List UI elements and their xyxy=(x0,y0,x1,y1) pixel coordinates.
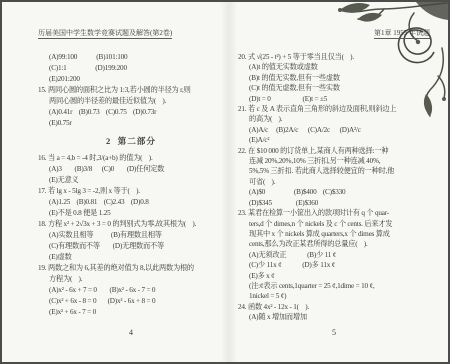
text-line: (A)t 的值无实数或虚数 xyxy=(238,62,430,72)
text-line: 的高为( ). xyxy=(238,114,430,124)
text-line: 16. 当 a = 4,b = -4 时,3/(a+b) 的值为( ). xyxy=(38,153,224,164)
text-line: (A)99:100 (B)101:100 xyxy=(38,52,224,63)
left-page-body: (A)99:100 (B)101:100(C)1:1 (D)199:200(E)… xyxy=(38,52,224,318)
text-line: (C)t 的值无虚数,但有一些实数 xyxy=(238,83,430,93)
left-page: 历届美国中学生数学竞赛试题及解答(第2卷) (A)99:100 (B)101:1… xyxy=(38,28,224,318)
left-page-header: 历届美国中学生数学竞赛试题及解答(第2卷) xyxy=(38,28,224,38)
text-line: ters,d 个 dimes,n 个 nickels 及 c 个 cents. … xyxy=(238,219,430,229)
text-line: (A)无须改正 (B)少 11 ¢ xyxy=(238,250,430,260)
left-page-number: 4 xyxy=(38,328,224,337)
text-line: (A)实数且相等 (B)有理数且相等 xyxy=(38,230,224,241)
right-page-header: 第1章 1955 年试题 xyxy=(238,28,430,38)
text-line: (A)1.25 (B)0.81 (C)2.43 (D)0.8 xyxy=(38,197,224,208)
section-heading: 2 第二部分 xyxy=(38,136,224,147)
text-line: (A)0.41r (B)0.73 (C)0.75 (D)0.73r xyxy=(38,107,224,118)
text-line: 20. 式 √(25 - t²) + 5 等于零当且仅当( ). xyxy=(238,52,430,62)
text-line: 可省( ). xyxy=(238,177,430,187)
text-line: (E)无意义 xyxy=(38,175,224,186)
text-line: (E)虚数 xyxy=(38,252,224,263)
text-line: (C)x² + 6x - 8 = 0 (D)x² - 6x + 8 = 0 xyxy=(38,296,224,307)
text-line: (C)少 11x ¢ (D)多 11x ¢ xyxy=(238,260,430,270)
text-line: 1nickel = 5 ¢) xyxy=(238,291,430,301)
text-line: (D)$345 (E)$360 xyxy=(238,198,430,208)
text-line: 21. 若 c 及 A 表示直角三角形的斜边及面积,则斜边上 xyxy=(238,104,430,114)
text-line: 两同心圆的半径差的最佳近似值为( ). xyxy=(38,96,224,107)
text-line: 24. 函数 4x² - 12x - 1( ). xyxy=(238,302,430,312)
text-line: (D)t = 0 (E)t = ±5 xyxy=(238,94,430,104)
text-line: (A)随 x 增加而增加 xyxy=(238,312,430,322)
text-line: (B)t 的值无实数,但有一些虚数 xyxy=(238,73,430,83)
text-line: 22. 在 $10 000 的订货单上,某商人有两种选择:一种 xyxy=(238,146,430,156)
text-line: (A)3 (B)3/8 (C)0 (D)任何定数 xyxy=(38,164,224,175)
right-page: 第1章 1955 年试题 20. 式 √(25 - t²) + 5 等于零当且仅… xyxy=(238,28,430,323)
text-line: (E)x² + 6x - 7 = 0 xyxy=(38,307,224,318)
text-line: (C)1:1 (D)199:200 xyxy=(38,63,224,74)
text-line: (C)有理数而不等 (D)无理数而不等 xyxy=(38,241,224,252)
right-page-body: 20. 式 √(25 - t²) + 5 等于零当且仅当( ).(A)t 的值无… xyxy=(238,52,430,323)
text-line: (A)$0 (B)$400 (C)$330 xyxy=(238,187,430,197)
text-line: (A)A/c (B)2A/c (C)A/2c (D)A²/c xyxy=(238,125,430,135)
text-line: (E)多 x ¢ xyxy=(238,271,430,281)
right-page-number: 5 xyxy=(238,328,430,337)
text-line: 18. 方程 x² + 2√3x + 3 = 0 的判别式为零,故其根为( ). xyxy=(38,219,224,230)
text-line: (E)201:200 xyxy=(38,74,224,85)
text-line: 5%,5% 三折扣. 若此商人选择较便宜的一种时,他 xyxy=(238,166,430,176)
right-page-header-text: 第1章 1955 年试题 xyxy=(374,29,430,39)
text-line: (E)0.75r xyxy=(38,118,224,129)
text-line: 连减 20%,20%,10% 三折扣,另一种连减 40%, xyxy=(238,156,430,166)
text-line: (E)不是 0.8 便是 1.25 xyxy=(38,208,224,219)
book-scan: 历届美国中学生数学竞赛试题及解答(第2卷) (A)99:100 (B)101:1… xyxy=(0,0,450,364)
left-page-header-text: 历届美国中学生数学竞赛试题及解答(第2卷) xyxy=(38,29,172,39)
text-line: (注:¢表示 cents,1quarter = 25 ¢,1dime = 10 … xyxy=(238,281,430,291)
text-line: 19. 两数之和为 6,其差的绝对值为 8,以此两数为根的 xyxy=(38,263,224,274)
text-line: 方程为( ). xyxy=(38,274,224,285)
text-line: (A)x² - 6x + 7 = 0 (B)x² - 6x - 7 = 0 xyxy=(38,285,224,296)
text-line: 23. 某君在检算一小筐出入的款项时计有 q 个 quar- xyxy=(238,208,430,218)
text-line: cents,那么为改正某君所得的总量应( ). xyxy=(238,239,430,249)
text-line: 现其中 x 个 nickels 算成 quarters,x 个 dimes 算成 xyxy=(238,229,430,239)
text-line: (E)A/c² xyxy=(238,135,430,145)
text-line: 17. 若 lg x - 5lg 3 = -2,则 x 等于( ). xyxy=(38,186,224,197)
text-line: 15. 两同心圆的面积之比为 1:3,若小圆的半径为 r,则 xyxy=(38,85,224,96)
